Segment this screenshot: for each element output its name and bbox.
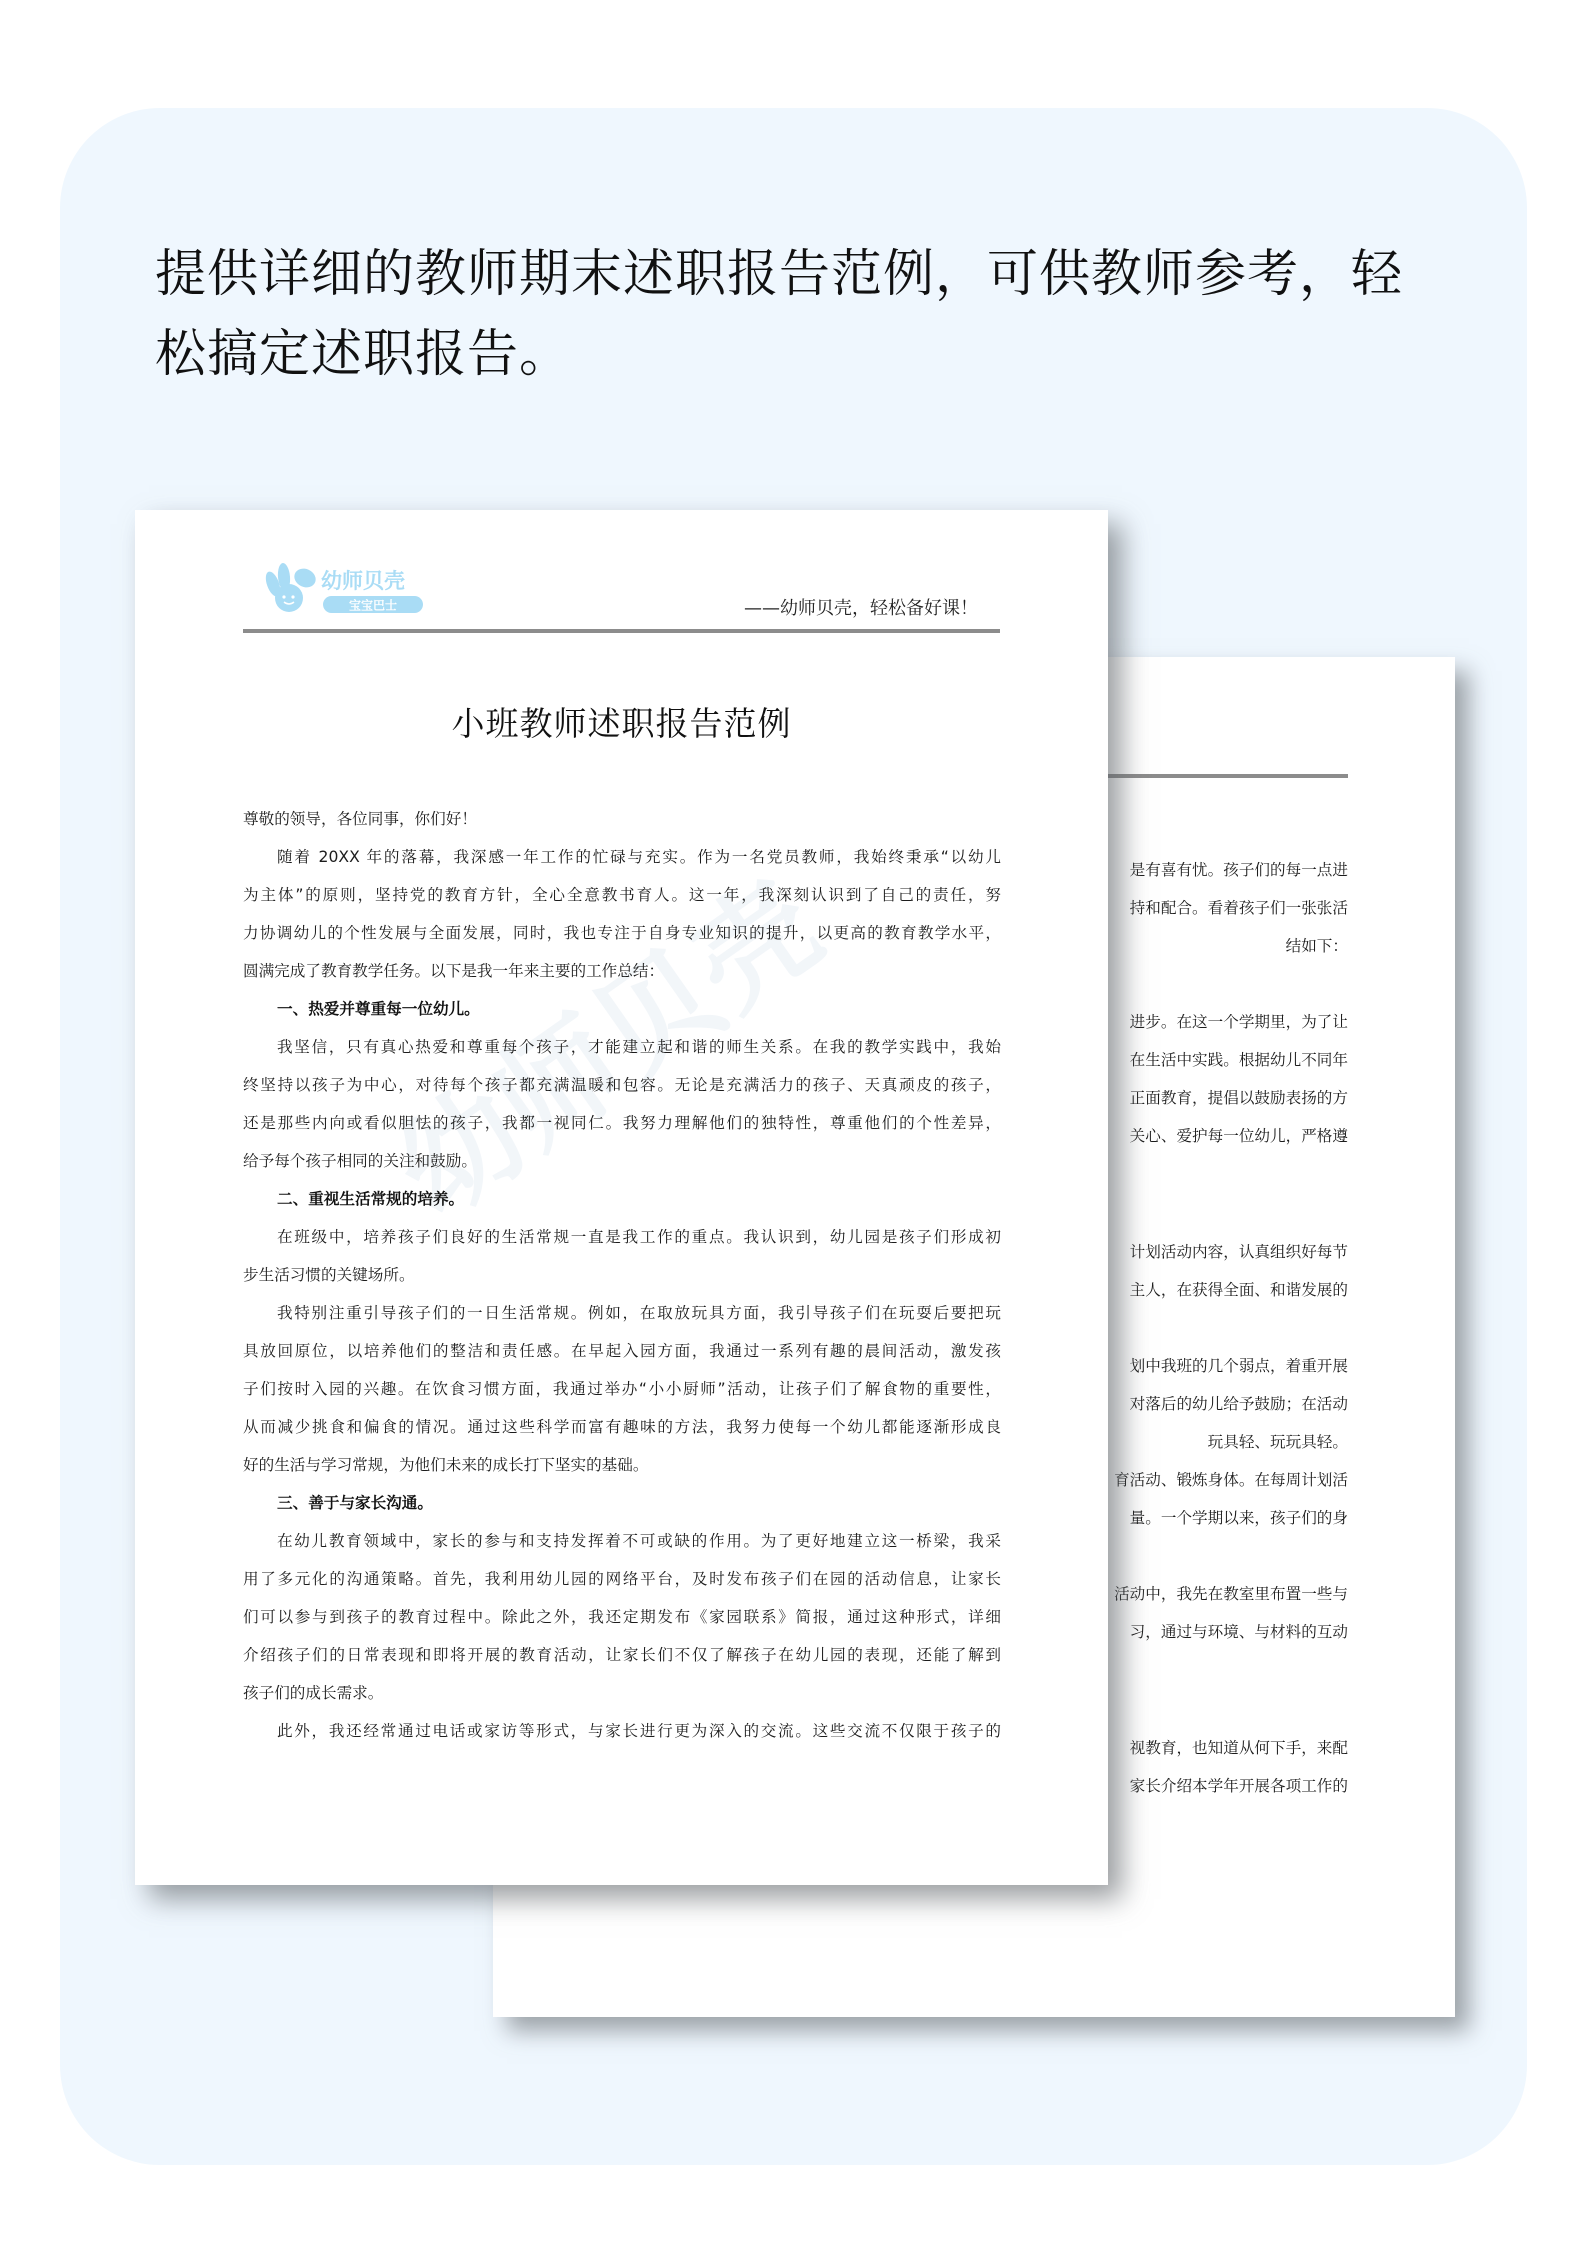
document-page-front: 幼师贝壳 宝宝巴士 ——幼师贝壳，轻松备好课！ 幼师贝壳 小班教师述职报告范例 … <box>135 510 1108 1885</box>
body-line: 力协调幼儿的个性发展与全面发展，同时，我也专注于自身专业知识的提升，以更高的教育… <box>243 914 1001 952</box>
headline: 提供详细的教师期末述职报告范例，可供教师参考，轻松搞定述职报告。 <box>155 235 1435 395</box>
body-line: 具放回原位，以培养他们的整洁和责任感。在早起入园方面，我通过一系列有趣的晨间活动… <box>243 1332 1001 1370</box>
body-line: 用了多元化的沟通策略。首先，我利用幼儿园的网络平台，及时发布孩子们在园的活动信息… <box>243 1560 1001 1598</box>
body-line: 孩子们的成长需求。 <box>243 1674 1001 1712</box>
section-heading: 一、热爱并尊重每一位幼儿。 <box>243 990 1001 1028</box>
svg-text:宝宝巴士: 宝宝巴士 <box>349 598 397 613</box>
document-title: 小班教师述职报告范例 <box>135 698 1108 745</box>
body-line: 从而减少挑食和偏食的情况。通过这些科学而富有趣味的方法，我努力使每一个幼儿都能逐… <box>243 1408 1001 1446</box>
body-line: 还是那些内向或看似胆怯的孩子，我都一视同仁。我努力理解他们的独特性，尊重他们的个… <box>243 1104 1001 1142</box>
body-line: 我坚信，只有真心热爱和尊重每个孩子，才能建立起和谐的师生关系。在我的教学实践中，… <box>243 1028 1001 1066</box>
page-slogan: ——幼师贝壳，轻松备好课！ <box>744 594 978 620</box>
body-line: 给予每个孩子相同的关注和鼓励。 <box>243 1142 1001 1180</box>
body-line: 介绍孩子们的日常表现和即将开展的教育活动，让家长们不仅了解孩子在幼儿园的表现，还… <box>243 1636 1001 1674</box>
body-line: 在班级中，培养孩子们良好的生活常规一直是我工作的重点。我认识到，幼儿园是孩子们形… <box>243 1218 1001 1256</box>
body-line: 好的生活与学习常规，为他们未来的成长打下坚实的基础。 <box>243 1446 1001 1484</box>
brand-logo: 幼师贝壳 宝宝巴士 <box>259 560 429 616</box>
body-line: 们可以参与到孩子的教育过程中。除此之外，我还定期发布《家园联系》简报，通过这种形… <box>243 1598 1001 1636</box>
body-line: 圆满完成了教育教学任务。以下是我一年来主要的工作总结： <box>243 952 1001 990</box>
body-line: 终坚持以孩子为中心，对待每个孩子都充满温暖和包容。无论是充满活力的孩子、天真顽皮… <box>243 1066 1001 1104</box>
body-line: 随着 20XX 年的落幕，我深感一年工作的忙碌与充实。作为一名党员教师，我始终秉… <box>243 838 1001 876</box>
section-heading: 三、善于与家长沟通。 <box>243 1484 1001 1522</box>
body-line: 为主体”的原则，坚持党的教育方针，全心全意教书育人。这一年，我深刻认识到了自己的… <box>243 876 1001 914</box>
svg-text:幼师贝壳: 幼师贝壳 <box>321 569 405 593</box>
body-line: 我特别注重引导孩子们的一日生活常规。例如，在取放玩具方面，我引导孩子们在玩耍后要… <box>243 1294 1001 1332</box>
body-line: 步生活习惯的关键场所。 <box>243 1256 1001 1294</box>
body-line: 在幼儿教育领域中，家长的参与和支持发挥着不可或缺的作用。为了更好地建立这一桥梁，… <box>243 1522 1001 1560</box>
body-line: 子们按时入园的兴趣。在饮食习惯方面，我通过举办“小小厨师”活动，让孩子们了解食物… <box>243 1370 1001 1408</box>
body-line: 尊敬的领导，各位同事，你们好！ <box>243 800 1001 838</box>
body-line: 此外，我还经常通过电话或家访等形式，与家长进行更为深入的交流。这些交流不仅限于孩… <box>243 1712 1001 1750</box>
header-divider <box>243 629 1000 633</box>
document-body: 尊敬的领导，各位同事，你们好！随着 20XX 年的落幕，我深感一年工作的忙碌与充… <box>243 800 1001 1750</box>
section-heading: 二、重视生活常规的培养。 <box>243 1180 1001 1218</box>
hand-shell-logo-icon <box>263 563 319 612</box>
